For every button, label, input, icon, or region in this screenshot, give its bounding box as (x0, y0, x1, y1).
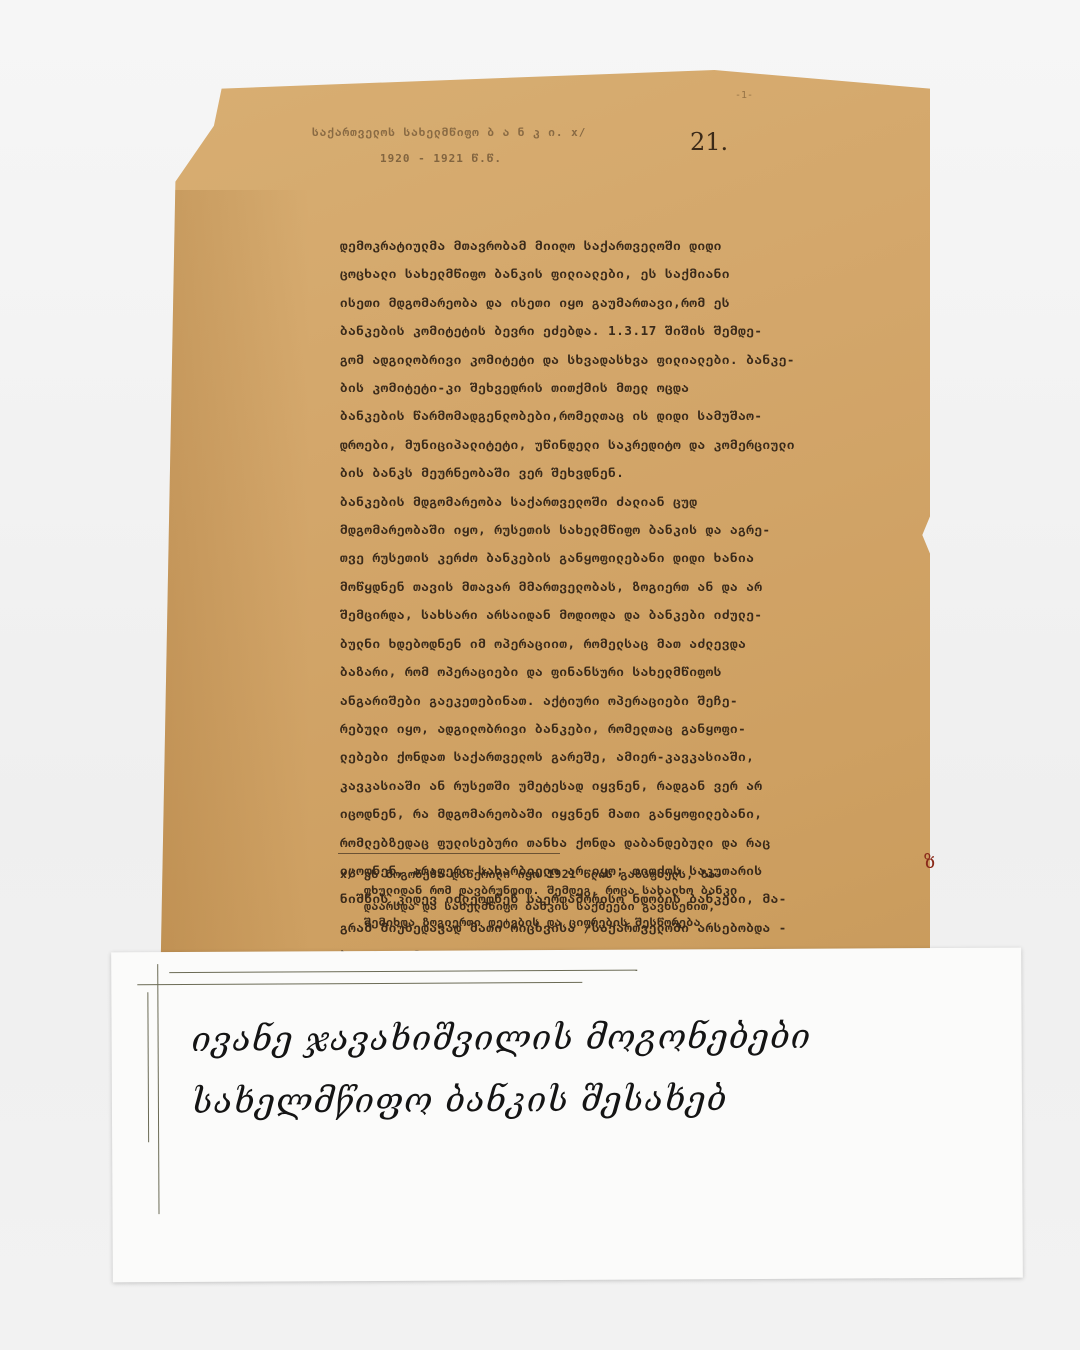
footnote-line: შემიხდა ზოგიერთი დეტების და ციფრების შეს… (364, 914, 738, 930)
footnote-mark: x/ (340, 866, 355, 882)
body-line: იცოდნენ, რა მდგომარეობაში იყვნენ მათი გა… (340, 800, 940, 828)
card-caption-line-1: ივანე ჯავახიშვილის მოგონებები (191, 1017, 811, 1060)
body-line: მოწყდნენ თავის მთავარ მმართველობას, ზოგი… (340, 573, 940, 601)
card-border-line (137, 982, 582, 985)
page-top-mark: -1- (735, 90, 753, 101)
footnote-divider (338, 853, 560, 854)
document-header-years: 1920 - 1921 წ.წ. (380, 152, 502, 165)
footnote: x/ ეს მოგონება დაწერილი იყო 1921 წლის გა… (340, 866, 738, 930)
card-caption-line-2: სახელმწიფო ბანკის შესახებ (192, 1079, 728, 1122)
body-line: ბანკების კომიტეტის ბევრი ეძებდა. 1.3.17 … (340, 317, 940, 345)
body-line: ცოცხალი სახელმწიფო ბანკის ფილიალები, ეს … (340, 260, 940, 288)
body-line: ბის კომიტეტი-კი შეხვედრის თითქმის მთელ ო… (340, 374, 940, 402)
typed-body-text: დემოკრატიულმა მთავრობამ მიიღო საქართველო… (340, 232, 940, 971)
handwritten-page-number: 21. (690, 128, 728, 156)
body-line: კავკასიაში ან რუსეთში უმეტესად იყვნენ, რ… (340, 772, 940, 800)
body-line: ანგარიშები გაეკეთებინათ. აქტიური ოპერაცი… (340, 687, 940, 715)
card-border-line (169, 970, 637, 973)
footnote-line: ფხულიდან რომ დავბრუნდით. შემდეგ, როცა სა… (364, 882, 738, 898)
body-line: ბანკების მდგომარეობა საქართველოში ძალიან… (340, 488, 940, 516)
footnote-line: ეს მოგონება დაწერილი იყო 1921 წლის გაზაფ… (364, 866, 738, 882)
body-line: მდგომარეობაში იყო, რუსეთის სახელმწიფო ბა… (340, 516, 940, 544)
body-line: დემოკრატიულმა მთავრობამ მიიღო საქართველო… (340, 232, 940, 260)
card-border-line (157, 964, 159, 1214)
body-line: შემცირდა, სახსარი არსაიდან მოდიოდა და ბა… (340, 601, 940, 629)
body-line: ბაზარი, რომ ოპერაციები და ფინანსური სახე… (340, 658, 940, 686)
body-line: დროები, მუნიციპალიტეტი, უწინდელი საკრედი… (340, 431, 940, 459)
card-border-line (147, 992, 149, 1142)
body-line: თვე რუსეთის კერძო ბანკების განყოფილებანი… (340, 544, 940, 572)
footnote-line: დაარსდა და სახელმწიფო ბანკის საქმეები გა… (364, 898, 738, 914)
body-line: ლებები ქონდათ საქართველოს გარეშე, ამიერ-… (340, 743, 940, 771)
museum-label-card: ივანე ჯავახიშვილის მოგონებები სახელმწიფო… (111, 948, 1023, 1283)
body-line: ბანკების წარმომადგენლობები,რომელთაც ის დ… (340, 402, 940, 430)
footnote-handwritten-annotation: ზ (924, 852, 935, 873)
body-line: გომ ადგილობრივი კომიტეტი და სხვადასხვა ფ… (340, 346, 940, 374)
body-line: ბულნი ხდებოდნენ იმ ოპერაციით, რომელსაც მ… (340, 630, 940, 658)
body-line: რებული იყო, ადგილობრივი ბანკები, რომელთა… (340, 715, 940, 743)
document-header-title: საქართველოს სახელმწიფო ბ ა ნ კ ი. x/ (312, 126, 586, 139)
body-line: ბის ბანკს მეურნეობაში ვერ შეხვდნენ. (340, 459, 940, 487)
body-line: ისეთი მდგომარეობა და ისეთი იყო გაუმართავ… (340, 289, 940, 317)
